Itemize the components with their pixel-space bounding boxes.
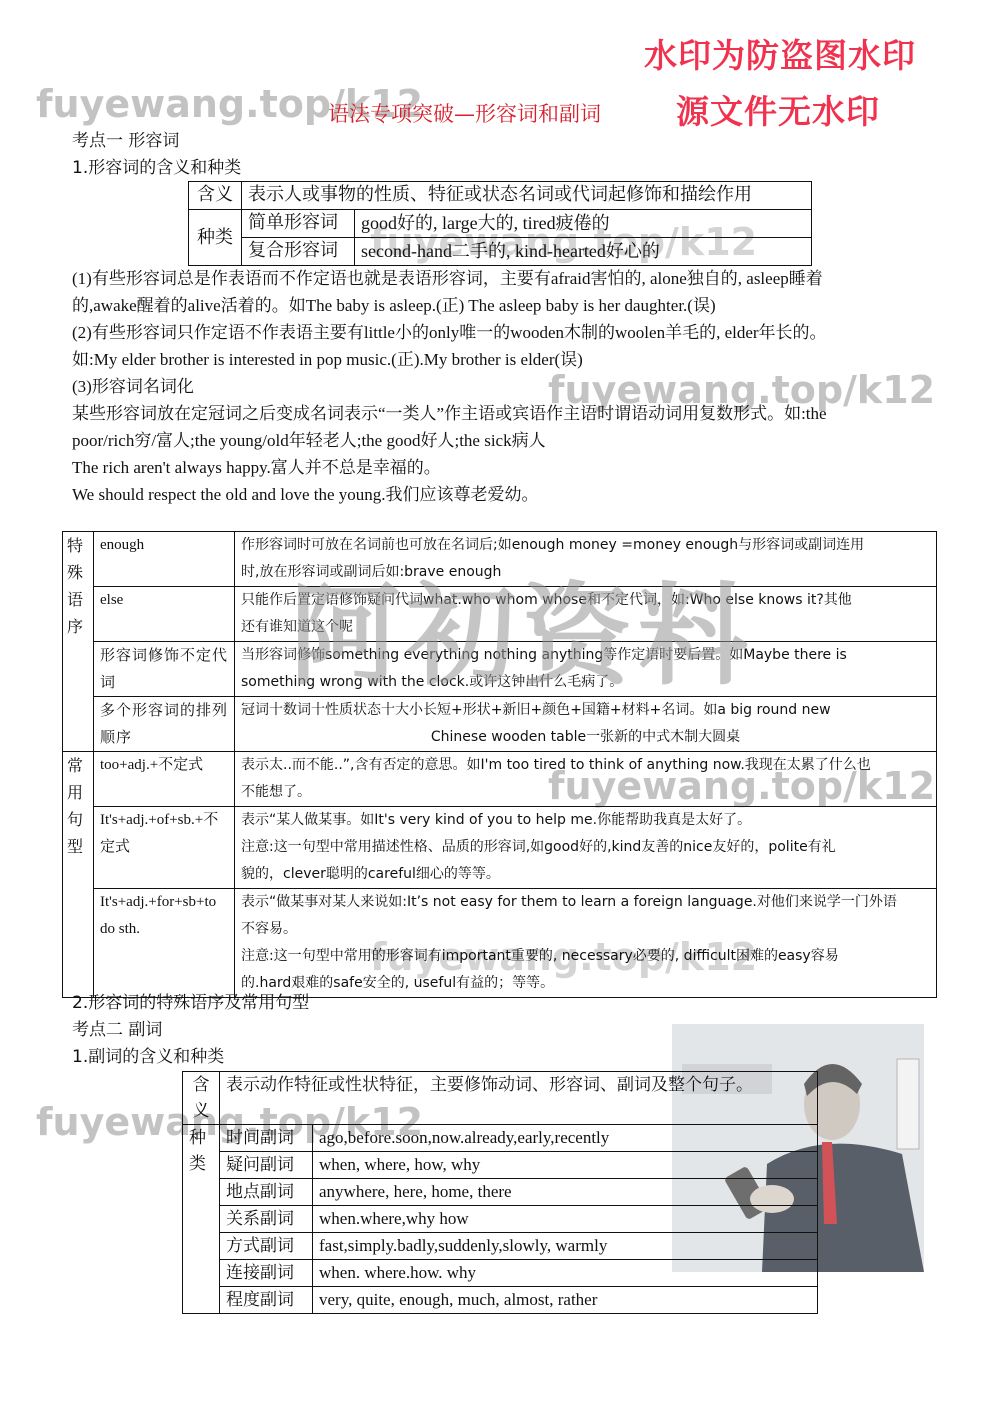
desc-line: 貌的，clever聪明的careful细心的等等。 [241, 861, 930, 888]
watermark-anti-theft: 水印为防盗图水印 [644, 30, 916, 77]
adverb-examples: when.where,why how [313, 1206, 818, 1233]
row-desc: 表示“某人做某事。如It's very kind of you to help … [235, 807, 937, 889]
paragraph-line: poor/rich穷/富人;the young/old年轻老人;the good… [72, 427, 827, 454]
type-simple-examples: good好的, large大的, tired疲倦的 [355, 210, 812, 238]
watermark-center: 阿初资料 [290, 548, 754, 706]
section-heading-adjective: 考点一 形容词 [72, 128, 179, 155]
type-compound: 复合形容词 [242, 238, 355, 266]
adverb-examples: when, where, how, why [313, 1152, 818, 1179]
paragraph-line: 的,awake醒着的alive活着的。如The baby is asleep.(… [72, 292, 827, 319]
desc-line: 注意:这一句型中常用的形容词有important重要的, necessary必要… [241, 943, 930, 970]
adverb-examples: when. where.how. why [313, 1260, 818, 1287]
row-desc: 表示太..而不能..”,含有否定的意思。如I'm too tired to th… [235, 752, 937, 807]
adverb-type: 地点副词 [220, 1179, 313, 1206]
paragraph-line: The rich aren't always happy.富人并不总是幸福的。 [72, 454, 827, 481]
adverb-examples: very, quite, enough, much, almost, rathe… [313, 1287, 818, 1314]
meaning-label: 含义 [183, 1072, 220, 1125]
adverb-type: 程度副词 [220, 1287, 313, 1314]
row-item: It's+adj.+of+sb.+不定式 [94, 807, 235, 889]
paragraph-line: (1)有些形容词总是作表语而不作定语也就是表语形容词，主要有afraid害怕的,… [72, 265, 827, 292]
adverb-type: 方式副词 [220, 1233, 313, 1260]
section-heading-adverb: 考点二 副词 [72, 1017, 162, 1044]
adjective-notes: (1)有些形容词总是作表语而不作定语也就是表语形容词，主要有afraid害怕的,… [72, 265, 827, 508]
row-item: It's+adj.+for+sb+to do sth. [94, 889, 235, 998]
row-item: 多个形容词的排列顺序 [94, 697, 235, 752]
row-item: too+adj.+不定式 [94, 752, 235, 807]
paragraph-line: We should respect the old and love the y… [72, 481, 827, 508]
desc-line: 表示“做某事对某人来说如:It’s not easy for them to l… [241, 889, 930, 916]
desc-line: 不能想了。 [241, 779, 930, 806]
desc-line: 的.hard艰难的safe安全的, useful有益的；等等。 [241, 970, 930, 997]
adverb-type: 连接副词 [220, 1260, 313, 1287]
type-compound-examples: second-hand二手的, kind-hearted好心的 [355, 238, 812, 266]
meaning-text: 表示动作特征或性状特征，主要修饰动词、形容词、副词及整个句子。 [220, 1072, 818, 1125]
desc-line: 表示太..而不能..”,含有否定的意思。如I'm too tired to th… [241, 752, 930, 779]
desc-line: 表示“某人做某事。如It's very kind of you to help … [241, 807, 930, 834]
paragraph-line: 某些形容词放在定冠词之后变成名词表示“一类人”作主语或宾语作主语时谓语动词用复数… [72, 400, 827, 427]
adverb-meaning-table: 含义 表示动作特征或性状特征，主要修饰动词、形容词、副词及整个句子。 种类 时间… [182, 1071, 818, 1314]
subheading-adjective-special-order: 2.形容词的特殊语序及常用句型 [72, 990, 309, 1017]
desc-line: 注意:这一句型中常用描述性格、品质的形容词,如good好的,kind友善的nic… [241, 834, 930, 861]
adverb-examples: fast,simply.badly,suddenly,slowly, warml… [313, 1233, 818, 1260]
desc-line: Chinese wooden table一张新的中式木制大圆桌 [241, 724, 930, 751]
group-label-special-order: 特殊语序 [63, 532, 94, 752]
adverb-examples: anywhere, here, home, there [313, 1179, 818, 1206]
adverb-type: 关系副词 [220, 1206, 313, 1233]
subheading-adjective-meaning: 1.形容词的含义和种类 [72, 155, 241, 182]
adverb-examples: ago,before.soon,now.already,early,recent… [313, 1125, 818, 1152]
document-title: 语法专项突破—形容词和副词 [328, 98, 601, 128]
group-label-common-patterns: 常用句型 [63, 752, 94, 998]
adjective-meaning-table: 含义 表示人或事物的性质、特征或状态名词或代词起修饰和描绘作用 种类 简单形容词… [188, 181, 812, 266]
meaning-label: 含义 [189, 182, 242, 210]
row-item: enough [94, 532, 235, 587]
adverb-type: 时间副词 [220, 1125, 313, 1152]
paragraph-line: 如:My elder brother is interested in pop … [72, 346, 827, 373]
subheading-adverb-meaning: 1.副词的含义和种类 [72, 1044, 224, 1071]
row-desc: 表示“做某事对某人来说如:It’s not easy for them to l… [235, 889, 937, 998]
row-item: else [94, 587, 235, 642]
paragraph-line: (2)有些形容词只作定语不作表语主要有little小的only唯一的wooden… [72, 319, 827, 346]
desc-line: 不容易。 [241, 916, 930, 943]
paragraph-line: (3)形容词名词化 [72, 373, 827, 400]
types-label: 种类 [189, 210, 242, 266]
type-simple: 简单形容词 [242, 210, 355, 238]
adverb-type: 疑问副词 [220, 1152, 313, 1179]
types-label: 种类 [183, 1125, 220, 1314]
meaning-text: 表示人或事物的性质、特征或状态名词或代词起修饰和描绘作用 [242, 182, 812, 210]
row-item: 形容词修饰不定代词 [94, 642, 235, 697]
watermark-source-file: 源文件无水印 [676, 86, 880, 133]
